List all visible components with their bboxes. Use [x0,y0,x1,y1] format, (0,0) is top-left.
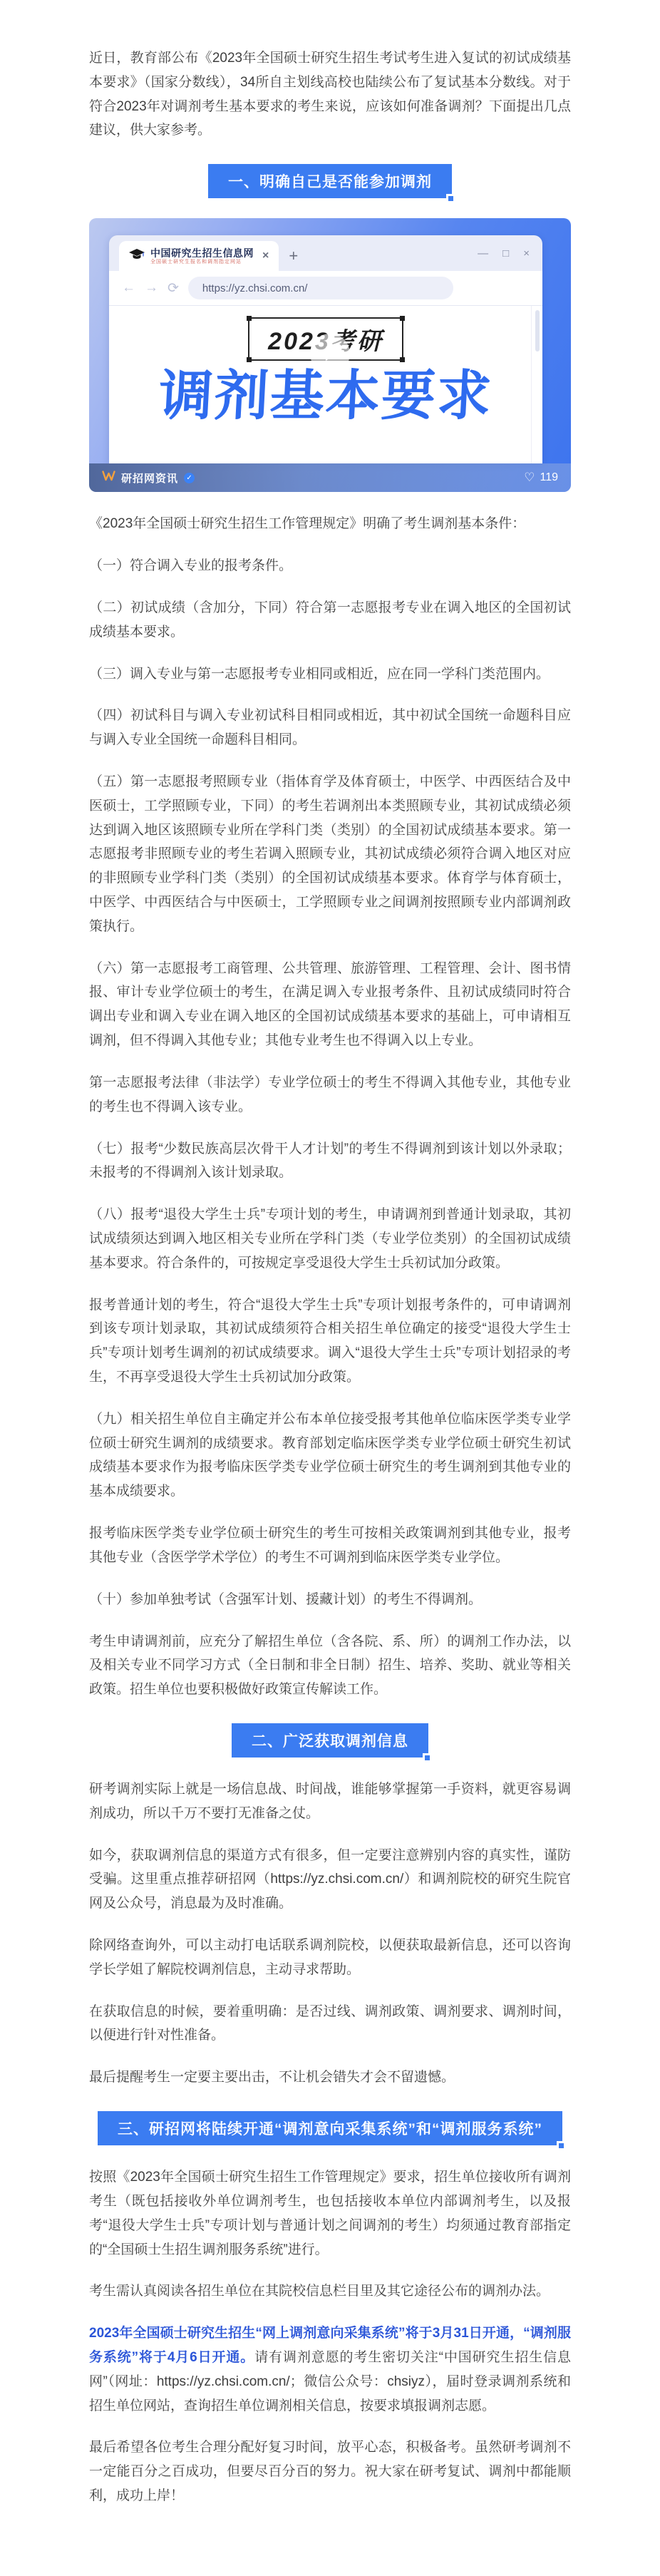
browser-viewport: 2023考研 调剂基本要求 [109,306,542,463]
paragraph-text: 考生申请调剂前，应充分了解招生单位（含各院、系、所）的调剂工作办法，以及相关专业… [89,1634,571,1698]
paragraph: 最后希望各位考生合理分配好复习时间，放平心态，积极备考。虽然研考调剂不一定能百分… [89,2436,571,2508]
section-3-header: 三、研招网将陆续开通“调剂意向采集系统”和“调剂服务系统” [98,2111,562,2145]
paragraph: （二）初试成绩（含加分，下同）符合第一志愿报考专业在调入地区的全国初试成绩基本要… [89,596,571,645]
graduation-cap-icon [129,249,145,264]
forward-icon: → [145,280,158,296]
browser-urlbar: ← → ⟳ https://yz.chsi.com.cn/ [109,271,542,306]
heart-icon: ♡ [524,471,535,485]
paragraph-text: 如今，获取调剂信息的渠道方式有很多，但一定要注意辨别内容的真实性，谨防受骗。这里… [89,1848,571,1912]
section-1-body: 《2023年全国硕士研究生招生工作管理规定》明确了考生调剂基本条件： （一）符合… [89,512,571,1702]
paragraph: 《2023年全国硕士研究生招生工作管理规定》明确了考生调剂基本条件： [89,512,571,536]
paragraph: 在获取信息的时候，要着重明确：是否过线、调剂政策、调剂要求、调剂时间，以便进行针… [89,2000,571,2048]
intro-paragraph: 近日，教育部公布《2023年全国硕士研究生招生考试考生进入复试的初试成绩基本要求… [89,46,571,143]
tab-title-block: 中国研究生招生信息网 全国硕士研究生报名和调剂指定网站 [150,247,254,265]
paragraph-text: （三）调入专业与第一志愿报考专业相同或相近，应在同一学科门类范围内。 [89,667,550,682]
video-player-card[interactable]: 中国研究生招生信息网 全国硕士研究生报名和调剂指定网站 × + — □ × ← … [89,218,571,492]
paragraph-text: 《2023年全国硕士研究生招生工作管理规定》明确了考生调剂基本条件： [89,516,525,531]
section-3-body: 按照《2023年全国硕士研究生招生工作管理规定》要求，招生单位接收所有调剂考生（… [89,2165,571,2508]
play-icon [326,347,338,361]
new-tab-icon: + [289,247,298,265]
section-2-header-row: 二、广泛获取调剂信息 [89,1723,571,1757]
paragraph: （九）相关招生单位自主确定并公布本单位接受报考其他单位临床医学类专业学位硕士研究… [89,1407,571,1504]
paragraph-text: 最后希望各位考生合理分配好复习时间，放平心态，积极备考。虽然研考调剂不一定能百分… [89,2440,571,2503]
browser-tabbar: 中国研究生招生信息网 全国硕士研究生报名和调剂指定网站 × + — □ × [109,235,542,271]
paragraph: 除网络查询外，可以主动打电话联系调剂院校，以便获取最新信息，还可以咨询学长学姐了… [89,1934,571,1982]
refresh-icon: ⟳ [167,280,179,297]
paragraph: （六）第一志愿报考工商管理、公共管理、旅游管理、工程管理、会计、图书情报、审计专… [89,957,571,1053]
paragraph-text: 研考调剂实际上就是一场信息战、时间战，谁能够掌握第一手资料，就更容易调剂成功，所… [89,1782,571,1821]
article-page: 近日，教育部公布《2023年全国硕士研究生招生考试考生进入复试的初试成绩基本要求… [0,0,660,2576]
play-button[interactable] [310,334,350,374]
section-2-body: 研考调剂实际上就是一场信息战、时间战，谁能够掌握第一手资料，就更容易调剂成功，所… [89,1777,571,2090]
paragraph-text: （一）符合调入专业的报考条件。 [89,558,292,573]
scrollbar-thumb[interactable] [535,310,540,351]
paragraph: （十）参加单独考试（含强军计划、援藏计划）的考生不得调剂。 [89,1588,571,1612]
video-footer-bar: 研招网资讯 ✓ ♡ 119 [89,463,571,492]
paragraph-text: （四）初试科目与调入专业初试科目相同或相近，其中初试全国统一命题科目应与调入专业… [89,708,571,747]
paragraph: 考生需认真阅读各招生单位在其院校信息栏目里及其它途径公布的调剂办法。 [89,2279,571,2304]
paragraph: （七）报考“少数民族高层次骨干人才计划”的考生不得调剂到该计划以外录取；未报考的… [89,1137,571,1186]
paragraph: 考生申请调剂前，应充分了解招生单位（含各院、系、所）的调剂工作办法，以及相关专业… [89,1630,571,1702]
paragraph: 最后提醒考生一定要主要出击，不让机会错失才会不留遗憾。 [89,2066,571,2090]
back-icon: ← [122,280,135,296]
paragraph: （五）第一志愿报考照顾专业（指体育学及体育硕士，中医学、中西医结合及中医硕士，工… [89,770,571,939]
like-counter[interactable]: ♡ 119 [524,471,558,485]
paragraph-text: 最后提醒考生一定要主要出击，不让机会错失才会不留遗憾。 [89,2070,455,2085]
tab-close-icon: × [262,250,269,262]
paragraph-text: 除网络查询外，可以主动打电话联系调剂院校，以便获取最新信息，还可以咨询学长学姐了… [89,1938,571,1977]
paragraph-text: 考生需认真阅读各招生单位在其院校信息栏目里及其它途径公布的调剂办法。 [89,2284,550,2299]
paragraph: （一）符合调入专业的报考条件。 [89,554,571,578]
paragraph: 报考普通计划的考生，符合“退役大学生士兵”专项计划报考条件的，可申请调剂到该专项… [89,1293,571,1390]
paragraph: 研考调剂实际上就是一场信息战、时间战，谁能够掌握第一手资料，就更容易调剂成功，所… [89,1777,571,1826]
paragraph-text: （八）报考“退役大学生士兵”专项计划的考生，申请调剂到普通计划录取，其初试成绩须… [89,1207,571,1271]
paragraph-text: 报考普通计划的考生，符合“退役大学生士兵”专项计划报考条件的，可申请调剂到该专项… [89,1298,571,1385]
paragraph: （四）初试科目与调入专业初试科目相同或相近，其中初试全国统一命题科目应与调入专业… [89,704,571,752]
paragraph-text: （六）第一志愿报考工商管理、公共管理、旅游管理、工程管理、会计、图书情报、审计专… [89,961,571,1048]
paragraph: （三）调入专业与第一志愿报考专业相同或相近，应在同一学科门类范围内。 [89,662,571,687]
section-1: 一、明确自己是否能参加调剂 中国研究生招生信息 [89,164,571,1702]
window-controls: — □ × [478,247,530,260]
section-2: 二、广泛获取调剂信息 研考调剂实际上就是一场信息战、时间战，谁能够掌握第一手资料… [89,1723,571,2090]
paragraph-text: （二）初试成绩（含加分，下同）符合第一志愿报考专业在调入地区的全国初试成绩基本要… [89,600,571,640]
section-1-header: 一、明确自己是否能参加调剂 [208,164,452,198]
paragraph: 如今，获取调剂信息的渠道方式有很多，但一定要注意辨别内容的真实性，谨防受骗。这里… [89,1844,571,1916]
video-headline: 调剂基本要求 [109,368,542,425]
paragraph-text: （九）相关招生单位自主确定并公布本单位接受报考其他单位临床医学类专业学位硕士研究… [89,1412,571,1499]
paragraph: 按照《2023年全国硕士研究生招生工作管理规定》要求，招生单位接收所有调剂考生（… [89,2165,571,2262]
paragraph-text: 第一志愿报考法律（非法学）专业学位硕士的考生不得调入其他专业，其他专业的考生也不… [89,1075,571,1114]
like-count: 119 [540,471,558,484]
section-3: 三、研招网将陆续开通“调剂意向采集系统”和“调剂服务系统” 按照《2023年全国… [89,2111,571,2508]
section-2-header: 二、广泛获取调剂信息 [232,1723,428,1757]
verified-badge-icon: ✓ [184,473,195,483]
section-3-header-row: 三、研招网将陆续开通“调剂意向采集系统”和“调剂服务系统” [89,2111,571,2145]
channel-name[interactable]: 研招网资讯 [121,471,178,486]
paragraph-text: 在获取信息的时候，要着重明确：是否过线、调剂政策、调剂要求、调剂时间，以便进行针… [89,2004,571,2043]
url-pill: https://yz.chsi.com.cn/ [188,277,453,299]
url-text: https://yz.chsi.com.cn/ [202,282,308,294]
tab-title: 中国研究生招生信息网 [150,247,254,259]
minimize-icon: — [478,247,488,260]
maximize-icon: □ [502,247,509,260]
section-1-header-row: 一、明确自己是否能参加调剂 [89,164,571,198]
paragraph-text: （七）报考“少数民族高层次骨干人才计划”的考生不得调剂到该计划以外录取；未报考的… [89,1141,571,1181]
paragraph: 第一志愿报考法律（非法学）专业学位硕士的考生不得调入其他专业，其他专业的考生也不… [89,1071,571,1119]
paragraph-text: （十）参加单独考试（含强军计划、援藏计划）的考生不得调剂。 [89,1592,482,1607]
paragraph-text: 按照《2023年全国硕士研究生招生工作管理规定》要求，招生单位接收所有调剂考生（… [89,2170,571,2257]
tab-tagline: 全国硕士研究生报名和调剂指定网站 [150,260,254,265]
window-close-icon: × [523,247,530,260]
paragraph-text: 报考临床医学类专业学位硕士研究生的考生可按相关政策调剂到其他专业，报考其他专业（… [89,1526,571,1565]
paragraph: 报考临床医学类专业学位硕士研究生的考生可按相关政策调剂到其他专业，报考其他专业（… [89,1522,571,1570]
browser-tab: 中国研究生招生信息网 全国硕士研究生报名和调剂指定网站 × [119,241,279,271]
channel-logo-icon [102,471,115,485]
paragraph: 2023年全国硕士研究生招生“网上调剂意向采集系统”将于3月31日开通，“调剂服… [89,2321,571,2418]
paragraph: （八）报考“退役大学生士兵”专项计划的考生，申请调剂到普通计划录取，其初试成绩须… [89,1203,571,1275]
paragraph-text: （五）第一志愿报考照顾专业（指体育学及体育硕士，中医学、中西医结合及中医硕士，工… [89,774,571,934]
